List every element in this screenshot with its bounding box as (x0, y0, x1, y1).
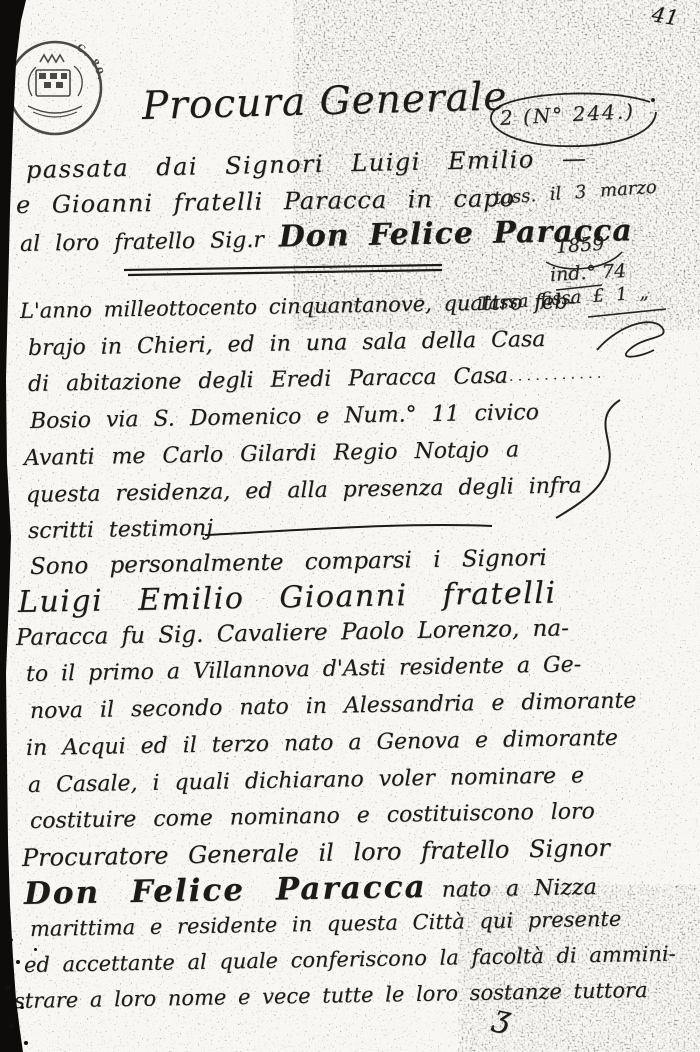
notary-paraph-flourish (597, 322, 664, 356)
header-double-rule (124, 265, 442, 275)
stamp-denomination-text: C. 80. (74, 42, 106, 82)
body1-line-1: L'anno milleottocento cinquantanove, qua… (20, 289, 575, 323)
registration-number-note: 2 (N° 244.) (499, 99, 635, 130)
tax-note-underline (588, 309, 666, 317)
svg-text:C. 80.: C. 80. (74, 42, 106, 82)
document-title: Procura Generale (141, 74, 508, 129)
margin-note-registered: tass. il 3 marzo (493, 177, 657, 209)
scan-debris-speck (5, 985, 11, 990)
body2-line-4: to il primo a Villannova d'Asti resident… (26, 652, 581, 687)
margin-bracket-flourish (556, 400, 620, 518)
body2-line-7: a Casale, i quali dichiarano voler nomin… (28, 763, 585, 798)
testimoni-rule (205, 525, 492, 535)
scan-debris-speck (9, 1023, 14, 1028)
header-line-2: e Gioanni fratelli Paracca in capo (16, 184, 515, 219)
body2-line-11: marittima e residente in questa Città qu… (30, 907, 622, 941)
body2-line-1: Sono personalmente comparsi i Signori (30, 545, 547, 580)
body2-line-8: costituire come nominano e costituiscono… (30, 799, 595, 834)
scanned-document-page: C. 80. 41 Procura Generale 2 (N° 244.) p… (0, 0, 700, 1052)
body2-line-10-name: Don Felice Paracca (24, 869, 427, 912)
page-number: 41 (650, 2, 680, 30)
body1-line-6: questa residenza, ed alla presenza degli… (26, 473, 582, 508)
margin-note-year: 1859 (555, 233, 605, 258)
body2-line-12: ed accettante al quale conferiscono la f… (24, 942, 676, 977)
body1-line-4: Bosio via S. Domenico e Num.° 11 civico (30, 400, 539, 434)
header-line-1: passata dai Signori Luigi Emilio — (26, 144, 588, 184)
body1-line-5: Avanti me Carlo Gilardi Regio Notajo a (24, 437, 520, 471)
header-line-3-prefix: al loro fratello Sig.r (20, 228, 264, 257)
scan-debris-speck (20, 1006, 24, 1009)
margin-note-number: ind.° 74 (549, 260, 626, 286)
body2-line-10-rest: nato a Nizza (441, 875, 596, 903)
scan-debris-speck (34, 948, 37, 951)
body1-line-7: scritti testimonj (28, 516, 213, 544)
body2-line-10: Don Felice Paracca nato a Nizza (24, 866, 597, 912)
body2-line-5: nova il secondo nato in Alessandria e di… (30, 688, 637, 724)
scan-debris-speck (8, 938, 13, 942)
body2-line-3: Paracca fu Sig. Cavaliere Paolo Lorenzo,… (16, 615, 569, 651)
body2-line-13: strare a loro nome e vece tutte le loro … (14, 978, 648, 1013)
body2-line-6: in Acqui ed il terzo nato a Genova e dim… (26, 726, 618, 761)
scan-debris-speck (24, 1041, 28, 1045)
revenue-stamp-icon: C. 80. (9, 42, 106, 134)
body1-line-3: di abitazione degli Eredi Paracca Casa (28, 364, 508, 397)
body2-line-9: Procuratore Generale il loro fratello Si… (22, 834, 610, 872)
body1-line-2: brajo in Chieri, ed in una sala della Ca… (28, 327, 546, 361)
scan-debris-speck (16, 960, 20, 964)
body2-line-2: Luigi Emilio Gioanni fratelli (18, 576, 557, 620)
header-line-3: al loro fratello Sig.r Don Felice Paracc… (20, 213, 633, 259)
